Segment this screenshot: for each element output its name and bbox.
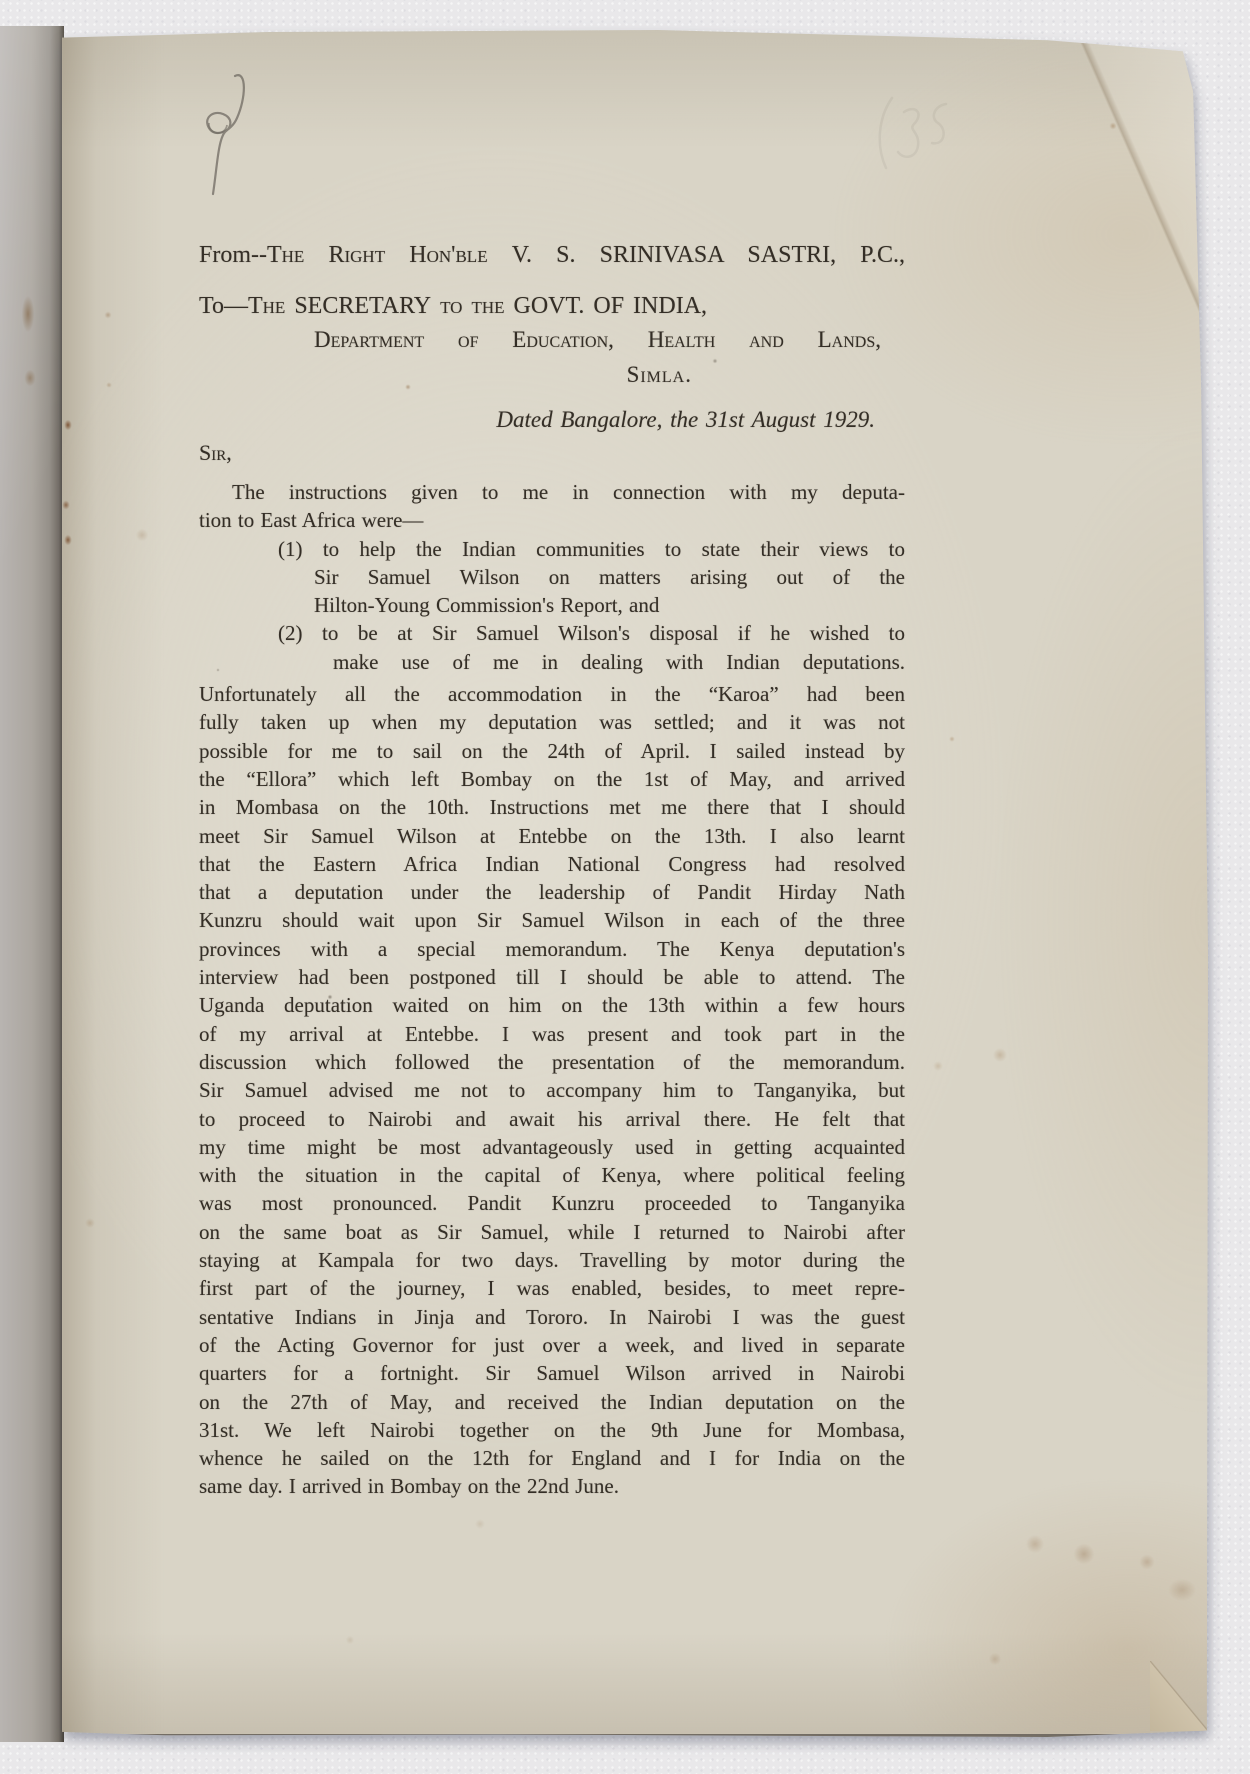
letter-line: same day. I arrived in Bombay on the 22n… — [199, 1472, 905, 1500]
letter-line: tion to East Africa were— — [199, 506, 905, 534]
letter-list-item-2: (2) to be at Sir Samuel Wilson's disposa… — [199, 619, 905, 676]
faint-pencil-mark — [868, 90, 978, 200]
to-label: To— — [199, 293, 248, 319]
letter-line: in Mombasa on the 10th. Instructions met… — [199, 793, 905, 821]
letter-line: interview had been postponed till I shou… — [199, 963, 905, 991]
letter-from-line: From--The Right Hon'ble V. S. SRINIVASA … — [199, 240, 905, 270]
letter-line: sentative Indians in Jinja and Tororo. I… — [199, 1303, 905, 1331]
corner-crease — [1076, 30, 1208, 330]
letter-line: quarters for a fortnight. Sir Samuel Wil… — [199, 1359, 905, 1387]
dog-ear-fold — [1150, 1661, 1208, 1731]
letter-line: Unfortunately all the accommodation in t… — [199, 680, 905, 708]
letter-place-line: Simla. — [199, 360, 905, 390]
document-page: From--The Right Hon'ble V. S. SRINIVASA … — [62, 30, 1208, 1734]
book-page-stack-edge — [0, 26, 64, 1742]
letter-line: my time might be most advantageously use… — [199, 1133, 905, 1161]
letter-line: of the Acting Governor for just over a w… — [199, 1331, 905, 1359]
letter-list-item-1: (1) to help the Indian communities to st… — [199, 535, 905, 620]
letter-line: Sir Samuel Wilson on matters arising out… — [199, 563, 905, 591]
from-label: From-- — [199, 242, 267, 268]
letter-line: meet Sir Samuel Wilson at Entebbe on the… — [199, 822, 905, 850]
letter-line: was most pronounced. Pandit Kunzru proce… — [199, 1189, 905, 1217]
photo-background: From--The Right Hon'ble V. S. SRINIVASA … — [0, 0, 1250, 1774]
letter-line: the “Ellora” which left Bombay on the 1s… — [199, 765, 905, 793]
letter-line: Uganda deputation waited on him on the 1… — [199, 991, 905, 1019]
letter-line: Kunzru should wait upon Sir Samuel Wilso… — [199, 906, 905, 934]
letter-line: of my arrival at Entebbe. I was present … — [199, 1020, 905, 1048]
letter-line: fully taken up when my deputation was se… — [199, 708, 905, 736]
letter-salutation: Sir, — [199, 438, 905, 468]
letter-line: whence he sailed on the 12th for England… — [199, 1444, 905, 1472]
letter-line: first part of the journey, I was enabled… — [199, 1274, 905, 1302]
letter-line: with the situation in the capital of Ken… — [199, 1161, 905, 1189]
letter-line: possible for me to sail on the 24th of A… — [199, 737, 905, 765]
letter-date-line: Dated Bangalore, the 31st August 1929. — [199, 405, 905, 435]
letter-line: that the Eastern Africa Indian National … — [199, 850, 905, 878]
letter-paragraph-intro: The instructions given to me in connecti… — [199, 478, 905, 535]
from-name: V. S. SRINIVASA SASTRI, P.C., — [512, 242, 905, 268]
letter-line: (1) to help the Indian communities to st… — [199, 535, 905, 563]
letter-to-line: To—The SECRETARY to the GOVT. OF INDIA, — [199, 291, 905, 321]
letter-line: The instructions given to me in connecti… — [199, 478, 905, 506]
letter-line: discussion which followed the presentati… — [199, 1048, 905, 1076]
letter-line: to proceed to Nairobi and await his arri… — [199, 1105, 905, 1133]
letter-line: (2) to be at Sir Samuel Wilson's disposa… — [199, 619, 905, 647]
page-surface: From--The Right Hon'ble V. S. SRINIVASA … — [62, 30, 1208, 1737]
letter-line: make use of me in dealing with Indian de… — [199, 648, 905, 676]
letter-line: Sir Samuel advised me not to accompany h… — [199, 1076, 905, 1104]
from-title: The Right Hon'ble — [267, 242, 512, 268]
letter-line: provinces with a special memorandum. The… — [199, 935, 905, 963]
letter-line: that a deputation under the leadership o… — [199, 878, 905, 906]
letter-line: on the same boat as Sir Samuel, while I … — [199, 1218, 905, 1246]
letter-paragraph-main: Unfortunately all the accommodation in t… — [199, 680, 905, 1501]
letter-line: 31st. We left Nairobi together on the 9t… — [199, 1416, 905, 1444]
letter-line: Hilton-Young Commission's Report, and — [199, 591, 905, 619]
letter-line: on the 27th of May, and received the Ind… — [199, 1388, 905, 1416]
pencil-squiggle-mark — [195, 68, 255, 203]
letter-line: staying at Kampala for two days. Travell… — [199, 1246, 905, 1274]
letter-content: From--The Right Hon'ble V. S. SRINIVASA … — [199, 240, 905, 1501]
letter-department-line: Department of Education, Health and Land… — [199, 325, 905, 355]
